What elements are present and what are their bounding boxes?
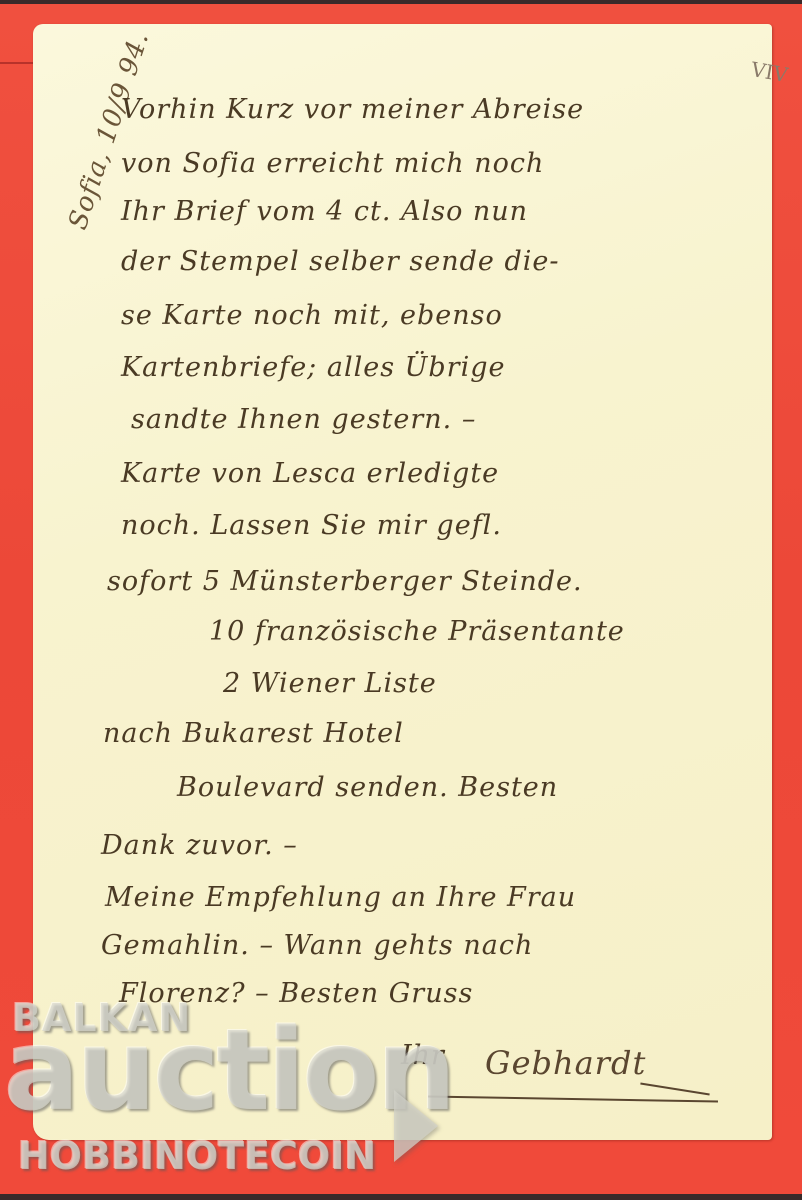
text-line-1: Vorhin Kurz vor meiner Abreise	[121, 94, 584, 125]
text-line-11: 10 französische Präsentante	[209, 616, 625, 647]
bottom-edge-shadow	[0, 1194, 802, 1200]
signature: Gebhardt	[485, 1044, 646, 1082]
text-line-15: Dank zuvor. –	[101, 830, 298, 861]
text-line-5: se Karte noch mit, ebenso	[121, 300, 503, 331]
text-line-9: noch. Lassen Sie mir gefl.	[121, 510, 502, 541]
backing-seam	[0, 62, 34, 64]
text-line-8: Karte von Lesca erledigte	[121, 458, 499, 489]
text-line-16: Meine Empfehlung an Ihre Frau	[105, 882, 576, 913]
text-line-4: der Stempel selber sende die-	[121, 246, 559, 277]
text-line-6: Kartenbriefe; alles Übrige	[121, 352, 505, 383]
text-line-2: von Sofia erreicht mich noch	[121, 148, 544, 179]
margin-mark: VIV	[749, 57, 789, 87]
postcard: Sofia, 10/9 94. VIV Vorhin Kurz vor mein…	[33, 24, 772, 1140]
watermark-auction: auction	[4, 1006, 453, 1136]
text-line-14: Boulevard senden. Besten	[177, 772, 558, 803]
text-line-10: sofort 5 Münsterberger Steinde.	[107, 566, 583, 597]
watermark-play-icon	[394, 1090, 438, 1162]
text-line-3: Ihr Brief vom 4 ct. Also nun	[121, 196, 528, 227]
text-line-17: Gemahlin. – Wann gehts nach	[101, 930, 533, 961]
text-line-12: 2 Wiener Liste	[223, 668, 437, 699]
text-line-13: nach Bukarest Hotel	[103, 718, 404, 749]
text-line-7: sandte Ihnen gestern. –	[131, 404, 476, 435]
watermark-hobbinotecoin: HOBBINOTECOIN	[18, 1134, 376, 1178]
